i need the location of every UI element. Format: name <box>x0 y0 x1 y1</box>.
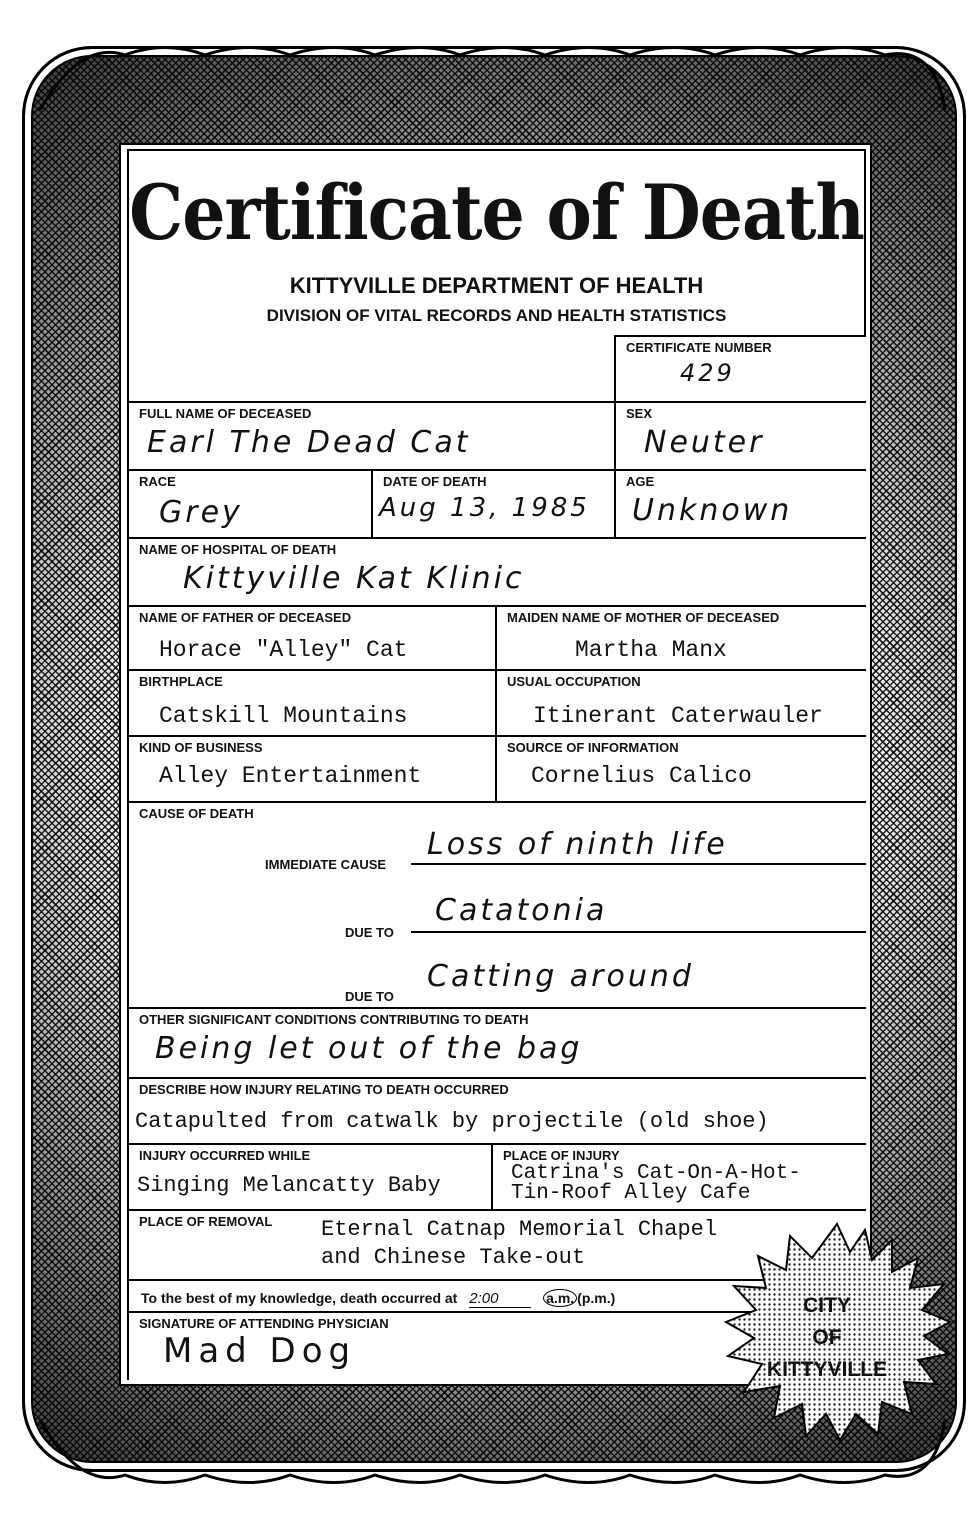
other-conditions-field: OTHER SIGNIFICANT CONDITIONS CONTRIBUTIN… <box>127 1007 866 1079</box>
field-label: NAME OF FATHER OF DECEASED <box>139 610 351 625</box>
hospital-field: NAME OF HOSPITAL OF DEATH Kittyville Kat… <box>127 537 866 607</box>
place-of-removal-line2: and Chinese Take-out <box>321 1247 585 1269</box>
cause-of-death-field: CAUSE OF DEATH IMMEDIATE CAUSE Loss of n… <box>127 801 866 1009</box>
due-to-label-1: DUE TO <box>345 925 394 940</box>
father-value: Horace "Alley" Cat <box>159 639 407 662</box>
birthplace-field: BIRTHPLACE Catskill Mountains <box>127 669 497 737</box>
time-of-death-prefix: To the best of my knowledge, death occur… <box>141 1290 457 1306</box>
sex-value: Neuter <box>644 425 764 460</box>
occupation-value: Itinerant Caterwauler <box>533 705 823 728</box>
field-label: OTHER SIGNIFICANT CONDITIONS CONTRIBUTIN… <box>139 1012 529 1027</box>
immediate-cause-label: IMMEDIATE CAUSE <box>265 857 386 872</box>
place-of-injury-line2: Tin-Roof Alley Cafe <box>511 1183 750 1204</box>
injury-description-value: Catapulted from catwalk by projectile (o… <box>135 1111 769 1133</box>
due-to-label-2: DUE TO <box>345 989 394 1004</box>
field-label: PLACE OF INJURY <box>503 1148 620 1163</box>
certificate-number-value: 429 <box>680 359 735 387</box>
date-of-death-value: Aug 13, 1985 <box>379 493 590 523</box>
field-label: CERTIFICATE NUMBER <box>626 340 772 355</box>
field-label: AGE <box>626 474 654 489</box>
business-value: Alley Entertainment <box>159 765 421 788</box>
field-label: MAIDEN NAME OF MOTHER OF DECEASED <box>507 610 779 625</box>
business-field: KIND OF BUSINESS Alley Entertainment <box>127 735 497 803</box>
field-label: SIGNATURE OF ATTENDING PHYSICIAN <box>139 1316 389 1331</box>
field-label: INJURY OCCURRED WHILE <box>139 1148 310 1163</box>
certificate-number-field: CERTIFICATE NUMBER 429 <box>614 335 866 403</box>
age-value: Unknown <box>632 493 792 528</box>
injury-description-field: DESCRIBE HOW INJURY RELATING TO DEATH OC… <box>127 1077 866 1145</box>
place-of-injury-line1: Catrina's Cat-On-A-Hot- <box>511 1163 801 1184</box>
field-label: BIRTHPLACE <box>139 674 223 689</box>
place-of-injury-field: PLACE OF INJURY Catrina's Cat-On-A-Hot- … <box>491 1143 866 1211</box>
race-field: RACE Grey <box>127 469 373 539</box>
father-field: NAME OF FATHER OF DECEASED Horace "Alley… <box>127 605 497 671</box>
certificate-title: Certificate of Death <box>129 168 864 258</box>
seal-text: CITY OF KITTYVILLE <box>722 1290 932 1386</box>
other-conditions-value: Being let out of the bag <box>155 1031 582 1066</box>
time-of-death-value: 2:00 <box>469 1290 531 1308</box>
due-to-value-1: Catatonia <box>435 893 607 928</box>
am-selected: a.m. <box>543 1289 577 1307</box>
field-label: SEX <box>626 406 652 421</box>
place-of-removal-line1: Eternal Catnap Memorial Chapel <box>321 1219 717 1241</box>
field-label: FULL NAME OF DECEASED <box>139 406 311 421</box>
birthplace-value: Catskill Mountains <box>159 705 407 728</box>
field-label: NAME OF HOSPITAL OF DEATH <box>139 542 336 557</box>
due-to-line-1 <box>411 931 866 933</box>
field-label: PLACE OF REMOVAL <box>139 1214 272 1229</box>
pm-option: (p.m.) <box>577 1290 615 1306</box>
certificate-panel: Certificate of Death KITTYVILLE DEPARTME… <box>127 149 866 1378</box>
seal-line-2: OF <box>722 1322 932 1354</box>
date-of-death-field: DATE OF DEATH Aug 13, 1985 <box>371 469 616 539</box>
field-label: SOURCE OF INFORMATION <box>507 740 679 755</box>
mother-field: MAIDEN NAME OF MOTHER OF DECEASED Martha… <box>495 605 866 671</box>
immediate-cause-value: Loss of ninth life <box>427 827 728 862</box>
source-value: Cornelius Calico <box>531 765 752 788</box>
field-label: USUAL OCCUPATION <box>507 674 641 689</box>
age-field: AGE Unknown <box>614 469 866 539</box>
seal-line-1: CITY <box>722 1290 932 1322</box>
immediate-cause-line <box>411 863 866 865</box>
injury-while-field: INJURY OCCURRED WHILE Singing Melancatty… <box>127 1143 493 1211</box>
source-field: SOURCE OF INFORMATION Cornelius Calico <box>495 735 866 803</box>
seal-line-3: KITTYVILLE <box>722 1354 932 1386</box>
due-to-value-2: Catting around <box>427 959 694 994</box>
full-name-field: FULL NAME OF DECEASED Earl The Dead Cat <box>127 401 616 471</box>
field-label: RACE <box>139 474 176 489</box>
race-value: Grey <box>159 495 243 530</box>
time-of-death-statement: To the best of my knowledge, death occur… <box>141 1289 615 1308</box>
field-label: CAUSE OF DEATH <box>139 806 254 821</box>
full-name-value: Earl The Dead Cat <box>147 425 471 460</box>
signature-value: Mad Dog <box>163 1331 356 1371</box>
hospital-value: Kittyville Kat Klinic <box>183 561 525 596</box>
field-label: DATE OF DEATH <box>383 474 487 489</box>
occupation-field: USUAL OCCUPATION Itinerant Caterwauler <box>495 669 866 737</box>
division-heading: DIVISION OF VITAL RECORDS AND HEALTH STA… <box>129 306 864 326</box>
mother-value: Martha Manx <box>575 639 727 662</box>
field-label: KIND OF BUSINESS <box>139 740 263 755</box>
department-heading: KITTYVILLE DEPARTMENT OF HEALTH <box>129 273 864 299</box>
sex-field: SEX Neuter <box>614 401 866 471</box>
field-label: DESCRIBE HOW INJURY RELATING TO DEATH OC… <box>139 1082 509 1097</box>
injury-while-value: Singing Melancatty Baby <box>137 1175 441 1197</box>
